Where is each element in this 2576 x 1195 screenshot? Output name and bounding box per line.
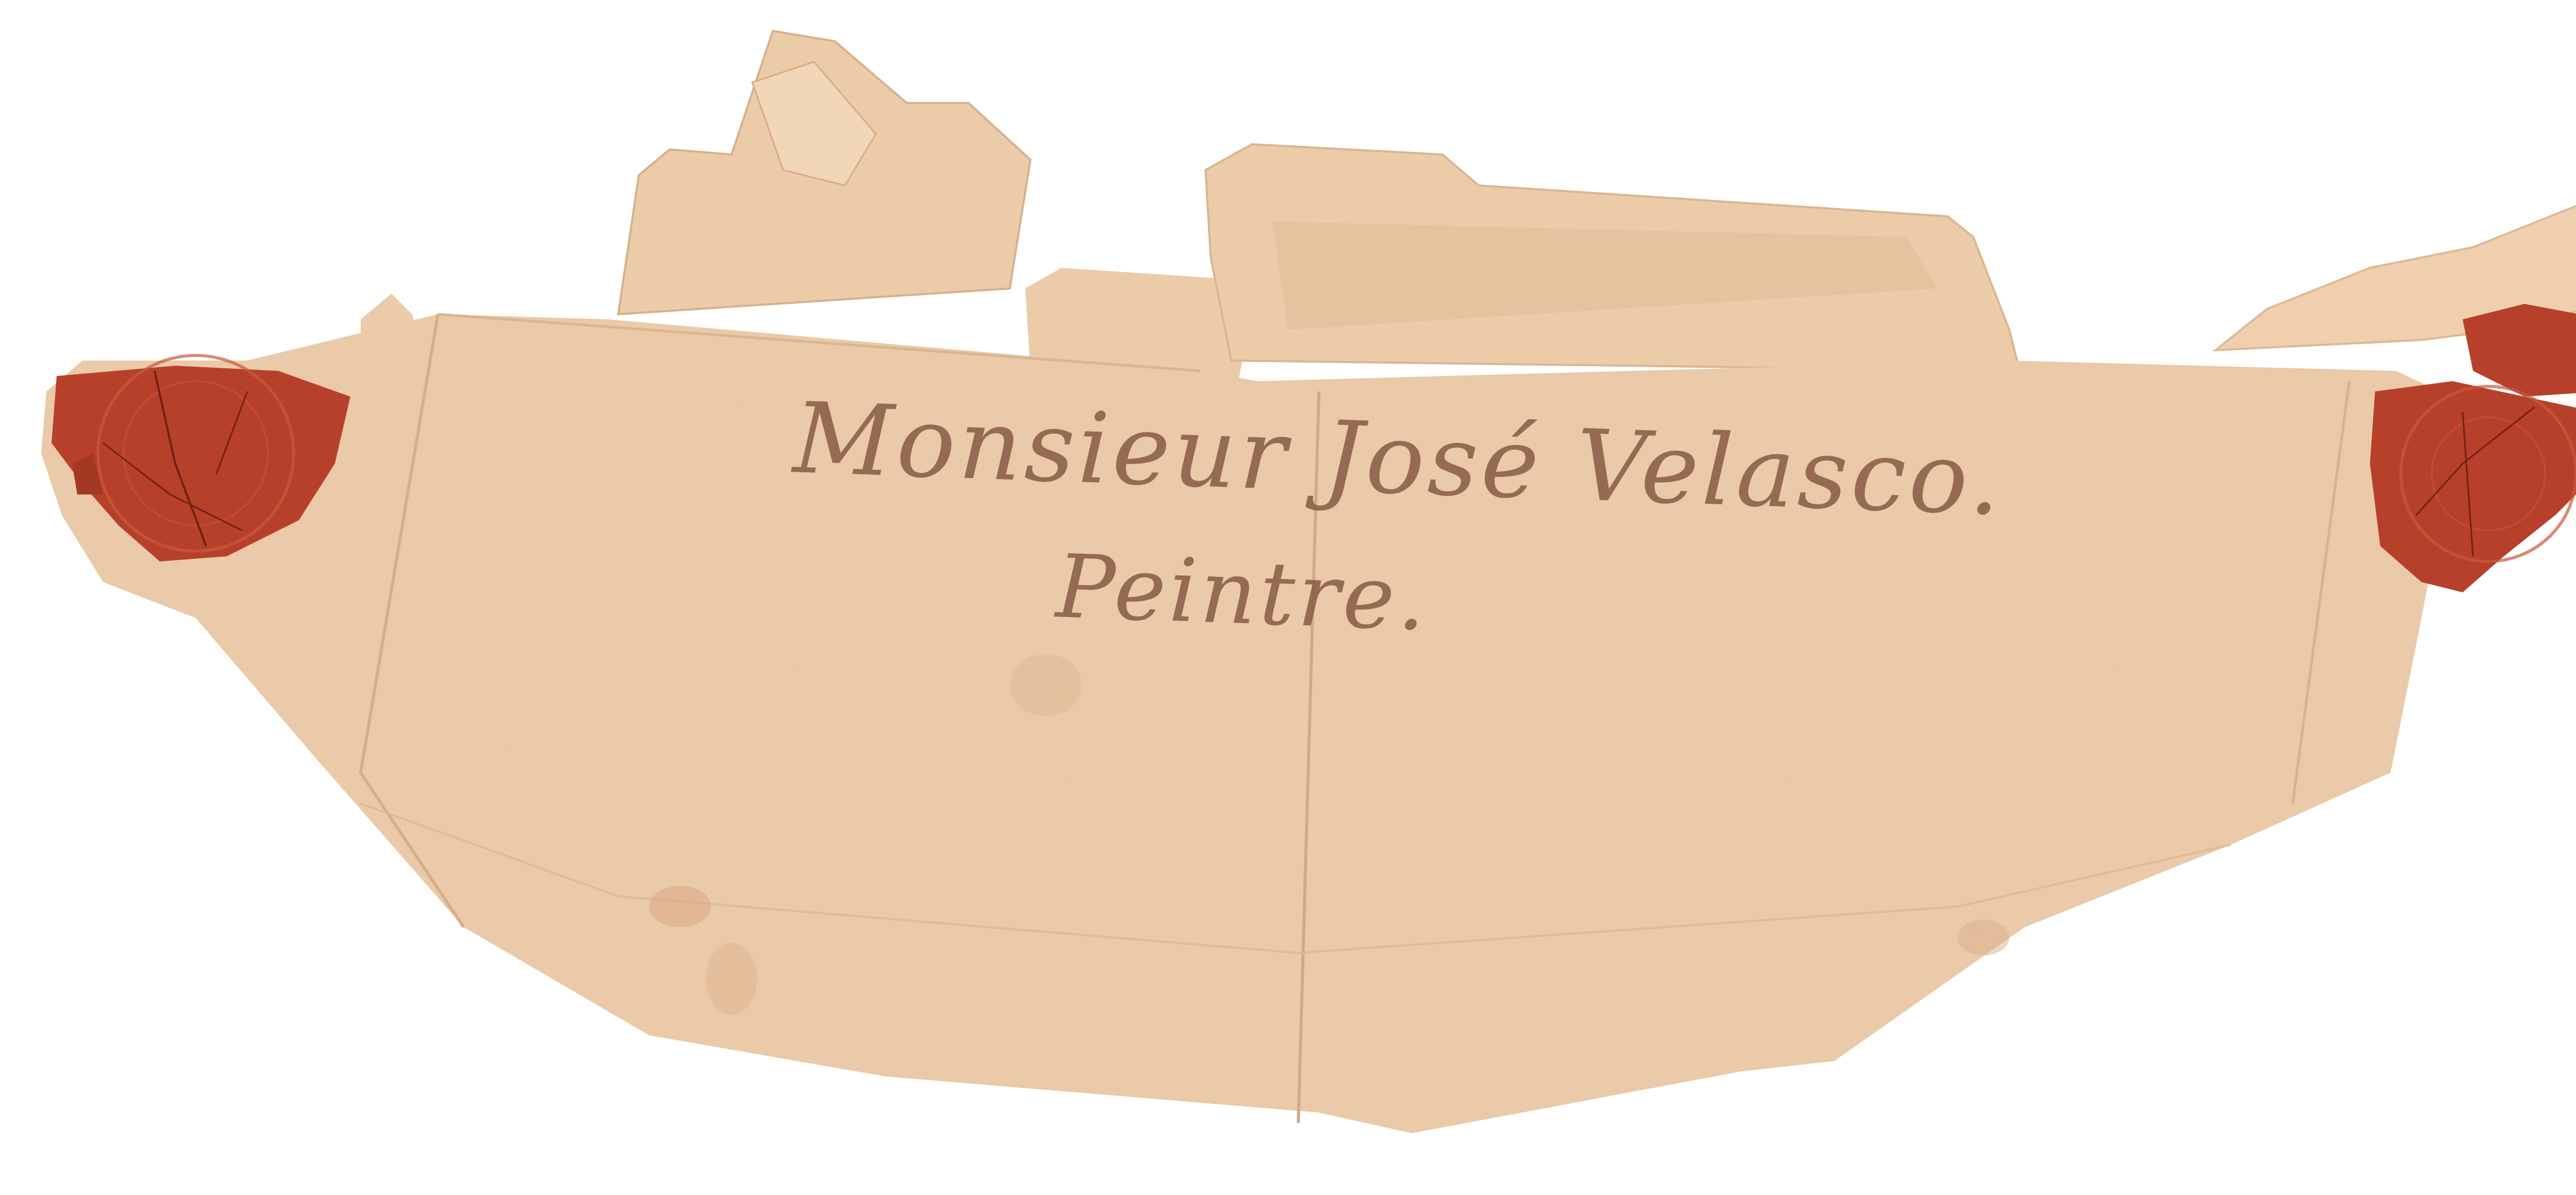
document-scan: Monsieur José Velasco. Peintre. <box>0 0 2576 1195</box>
wax-seal-right <box>2370 304 2576 592</box>
address-line-occupation: Peintre. <box>1055 536 1431 651</box>
